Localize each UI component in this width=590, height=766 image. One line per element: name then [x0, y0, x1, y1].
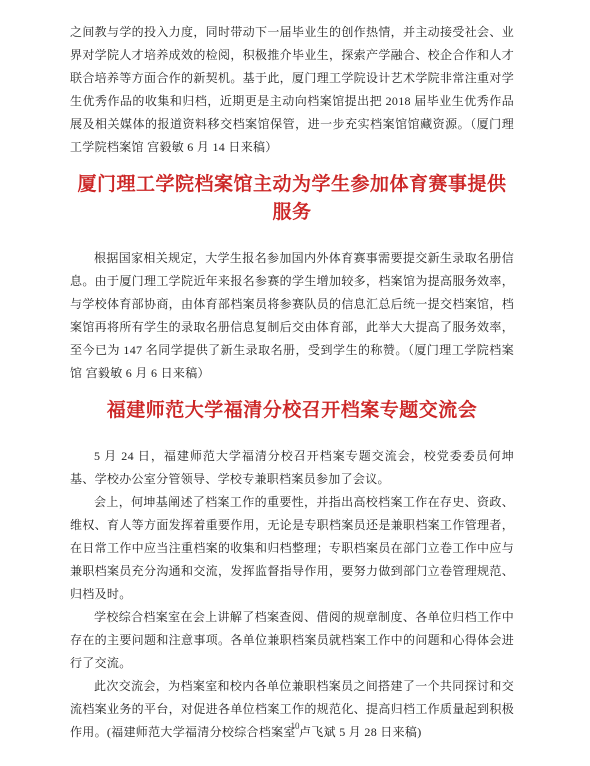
- page-number: 10: [0, 720, 590, 732]
- article-1-paragraph-1: 根据国家相关规定，大学生报名参加国内外体育赛事需要提交新生录取名册信息。由于厦门…: [70, 247, 514, 385]
- article-2-paragraph-1: 5 月 24 日，福建师范大学福清分校召开档案专题交流会，校党委委员何坤基、学校…: [70, 445, 514, 491]
- continuation-paragraph: 之间教与学的投入力度，同时带动下一届毕业生的创作热情，并主动接受社会、业界对学院…: [70, 21, 514, 159]
- article-2-paragraph-4: 此次交流会，为档案室和校内各单位兼职档案员之间搭建了一个共同探讨和交流档案业务的…: [70, 675, 514, 744]
- document-page: 之间教与学的投入力度，同时带动下一届毕业生的创作热情，并主动接受社会、业界对学院…: [0, 0, 590, 766]
- article-2-paragraph-3: 学校综合档案室在会上讲解了档案查阅、借阅的规章制度、各单位归档工作中存在的主要问…: [70, 606, 514, 675]
- article-title-sports-service: 厦门理工学院档案馆主动为学生参加体育赛事提供服务: [70, 171, 514, 227]
- article-title-fuqing-exchange: 福建师范大学福清分校召开档案专题交流会: [70, 397, 514, 425]
- article-2-paragraph-2: 会上，何坤基阐述了档案工作的重要性，并指出高校档案工作在存史、资政、维权、育人等…: [70, 491, 514, 606]
